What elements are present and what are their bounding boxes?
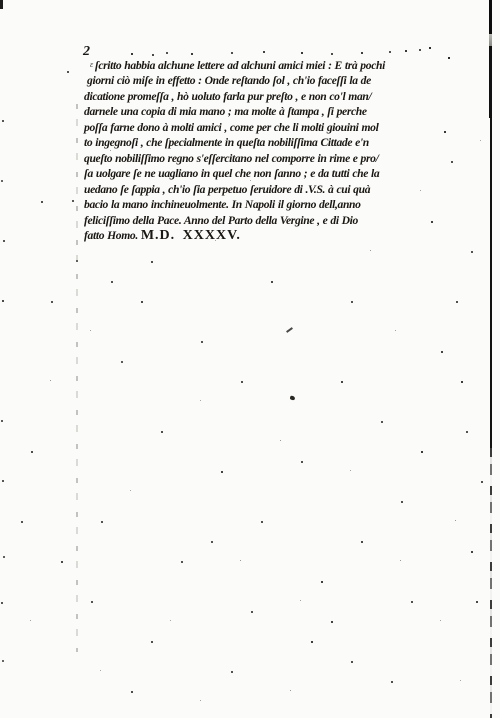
text-line-content: ſcritto habbia alchune lettere ad alchun… (95, 59, 385, 72)
text-line: ſa uolgare ſe ne uagliano in quel che no… (84, 166, 444, 181)
binding-edge-line (489, 0, 492, 118)
ink-mark (286, 327, 293, 333)
ink-blot (290, 395, 296, 400)
text-line: giorni ciò miſe in effetto : Onde reſtan… (87, 73, 444, 88)
text-line: poſſa farne dono à molti amici , come pe… (84, 120, 444, 135)
text-line: darnele una copia di mia mano ; ma molte… (84, 104, 444, 119)
text-line: queſto nobiliſſimo regno s'eſſercitano n… (84, 151, 444, 166)
text-line: εſcritto habbia alchune lettere ad alchu… (90, 57, 444, 73)
scan-noise-speckles (0, 0, 1, 1)
dedication-text-block: εſcritto habbia alchune lettere ad alchu… (84, 57, 444, 243)
paragraph-mark: ε (90, 57, 93, 72)
text-line: dicatione promeſſa , hò uoluto farla pur… (84, 89, 444, 104)
text-line: uedano ſe ſappia , ch'io ſia perpetuo ſe… (84, 182, 444, 197)
text-line: fatto Homo. M.D. XXXXV. (84, 228, 444, 243)
text-line: to ingegnoſi , che ſpecialmente in queſt… (84, 135, 444, 150)
book-page-scan: 2 εſcritto habbia alchune lettere ad alc… (0, 0, 500, 718)
page-crease-line (76, 104, 78, 652)
binding-edge-line (490, 448, 492, 718)
text-line-content: fatto Homo. (84, 229, 141, 242)
date-roman-numeral: M.D. XXXXV. (141, 228, 241, 243)
text-line: bacio la mano inchineuolmente. In Napoli… (84, 197, 444, 212)
binding-edge-line (490, 118, 492, 448)
text-line: feliciſſimo della Pace. Anno del Parto d… (84, 213, 444, 228)
